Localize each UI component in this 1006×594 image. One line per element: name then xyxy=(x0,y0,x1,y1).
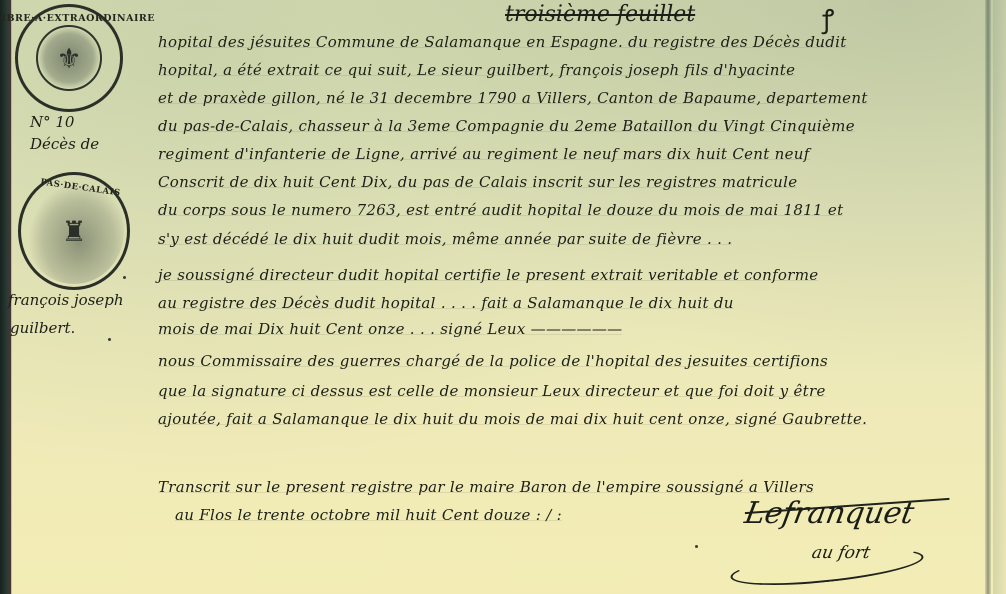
transcription-line: au Flos le trente octobre mil huit Cent … xyxy=(175,506,562,524)
flourish-icon: ꝭ xyxy=(822,0,834,36)
transcription-line: Transcrit sur le present registre par le… xyxy=(158,478,814,496)
stamp-emblem: ⚜ xyxy=(36,25,102,91)
margin-name-last: guilbert. xyxy=(10,320,75,337)
margin-name-first: françois joseph xyxy=(8,292,124,309)
body-line: nous Commissaire des guerres chargé de l… xyxy=(158,352,828,370)
document-page: TIMBRE·A·EXTRAORDINAIRE ⚜ N° 10 Décès de… xyxy=(0,0,1006,594)
body-line: que la signature ci dessus est celle de … xyxy=(158,382,826,400)
body-line: ajoutée, fait a Salamanque le dix huit d… xyxy=(158,410,867,428)
mayor-signature: Lefranquet xyxy=(742,496,917,531)
ink-speck xyxy=(123,276,126,279)
body-line: hopital des jésuites Commune de Salamanq… xyxy=(158,33,847,51)
page-right-rule xyxy=(985,0,991,594)
entry-type: Décès de xyxy=(30,136,99,153)
page-right-margin xyxy=(993,0,1006,594)
crossed-scepters-icon: ⚜ xyxy=(56,42,81,75)
pas-de-calais-stamp: PAS·DE·CALAIS ♜ xyxy=(18,172,130,290)
seated-figure-icon: ♜ xyxy=(61,215,86,248)
body-line: du pas-de-Calais, chasseur à la 3eme Com… xyxy=(158,117,855,135)
ink-speck xyxy=(108,338,111,341)
tax-stamp-extraordinaire: TIMBRE·A·EXTRAORDINAIRE ⚜ xyxy=(15,4,123,112)
body-line: au registre des Décès dudit hopital . . … xyxy=(158,294,734,312)
body-line: du corps sous le numero 7263, est entré … xyxy=(158,201,843,219)
body-line: regiment d'infanterie de Ligne, arrivé a… xyxy=(158,145,810,163)
body-line: et de praxède gillon, né le 31 decembre … xyxy=(158,89,868,107)
stamp-ring-text: TIMBRE·A·EXTRAORDINAIRE xyxy=(0,13,155,24)
body-line: s'y est décédé le dix huit dudit mois, m… xyxy=(158,230,732,248)
body-line: mois de mai Dix huit Cent onze . . . sig… xyxy=(158,320,622,338)
body-line: Conscrit de dix huit Cent Dix, du pas de… xyxy=(158,173,797,191)
body-line: je soussigné directeur dudit hopital cer… xyxy=(158,266,818,284)
body-line: hopital, a été extrait ce qui suit, Le s… xyxy=(158,61,795,79)
entry-number: N° 10 xyxy=(30,114,74,131)
ink-speck xyxy=(695,545,698,548)
section-heading: troisième feuillet xyxy=(505,2,695,27)
